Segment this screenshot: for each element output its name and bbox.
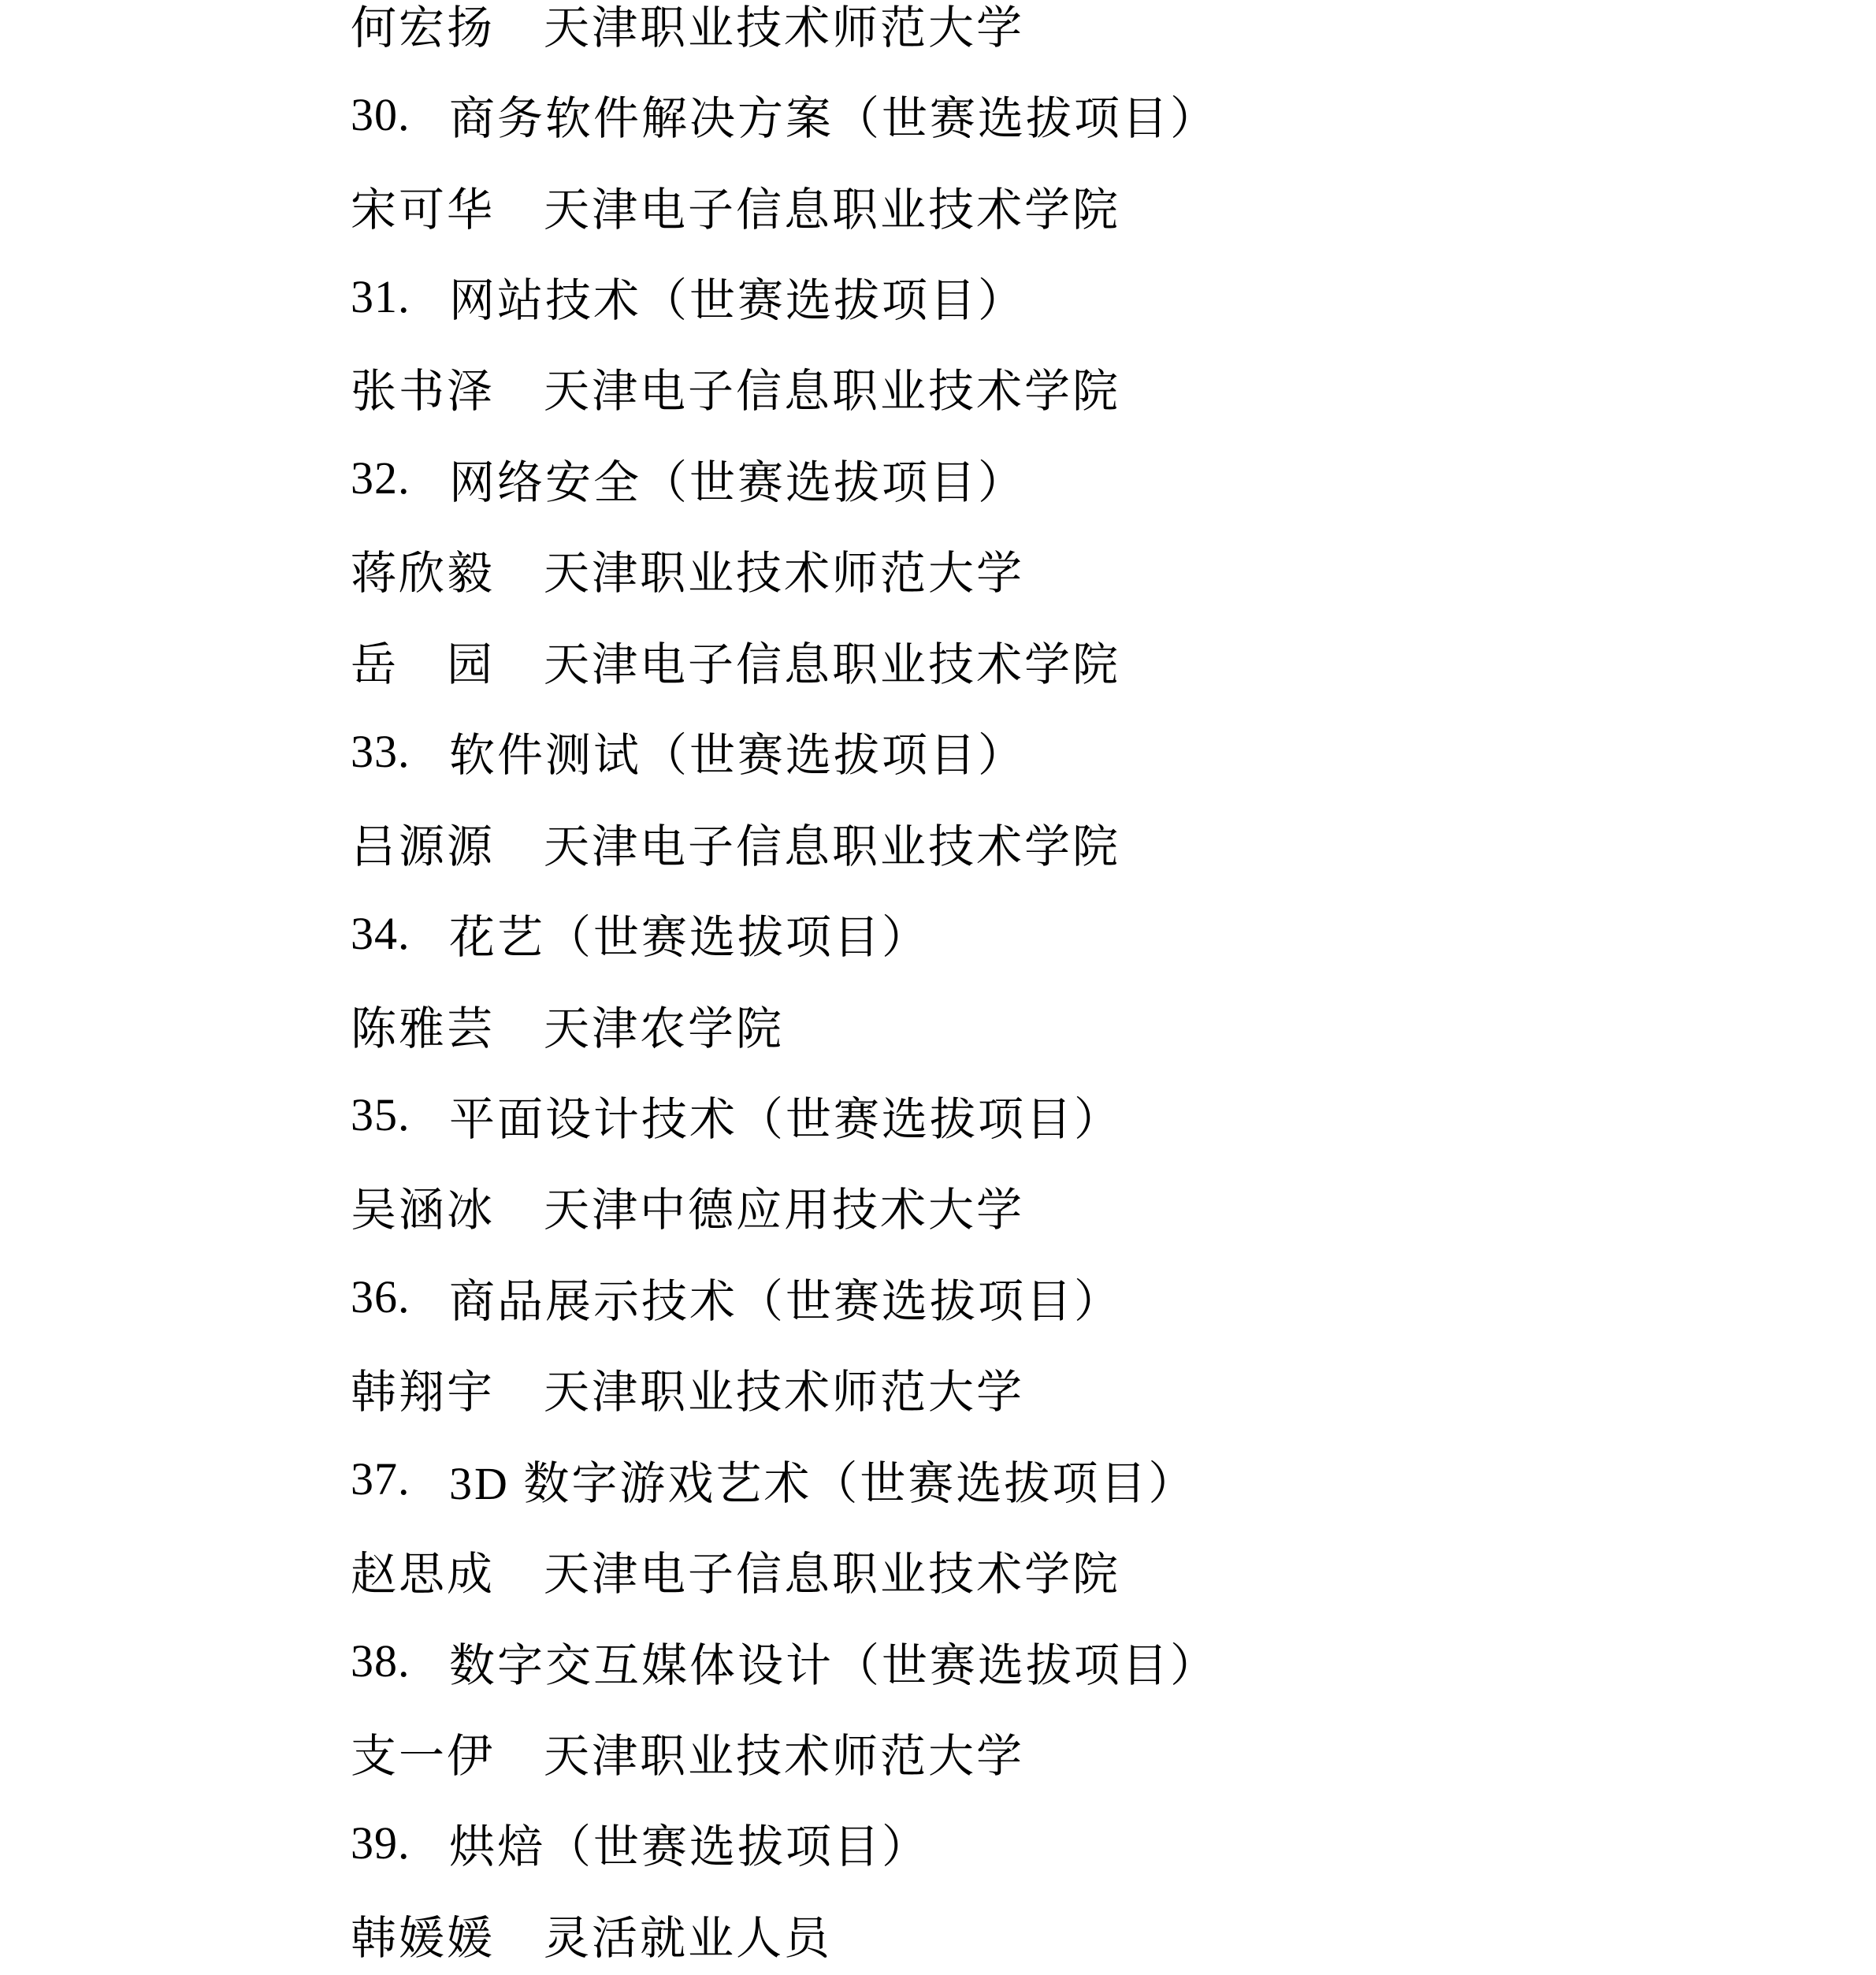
event-item-line: 33.软件测试（世赛选拔项目） — [351, 706, 1848, 797]
winner-line: 陈雅芸天津农学院 — [351, 979, 1848, 1069]
winner-name: 支一伊 — [351, 1719, 495, 1785]
winner-name: 韩媛媛 — [351, 1901, 495, 1967]
winner-name: 陈雅芸 — [351, 991, 495, 1058]
event-number: 39. — [351, 1817, 449, 1869]
event-item-line: 36.商品展示技术（世赛选拔项目） — [351, 1252, 1848, 1342]
winner-line: 蒋欣毅天津职业技术师范大学 — [351, 524, 1848, 615]
winner-line: 岳 园天津电子信息职业技术学院 — [351, 615, 1848, 705]
event-number: 35. — [351, 1088, 449, 1141]
event-number: 34. — [351, 907, 449, 960]
event-item-line: 31.网站技术（世赛选拔项目） — [351, 251, 1848, 341]
winner-institution: 天津农学院 — [544, 991, 784, 1058]
winner-line: 韩媛媛灵活就业人员 — [351, 1888, 1848, 1975]
document-page: 何宏扬天津职业技术师范大学30.商务软件解决方案（世赛选拔项目）宋可华天津电子信… — [351, 0, 1848, 1975]
event-title: 3D 数字游戏艺术（世赛选拔项目） — [449, 1446, 1196, 1512]
winner-institution: 天津职业技术师范大学 — [544, 1719, 1024, 1785]
event-number: 38. — [351, 1635, 449, 1687]
winner-institution: 天津职业技术师范大学 — [544, 1355, 1024, 1421]
winner-institution: 天津电子信息职业技术学院 — [544, 809, 1120, 876]
winner-name: 岳 园 — [351, 627, 495, 694]
event-title: 烘焙（世赛选拔项目） — [449, 1809, 930, 1876]
winner-line: 吕源源天津电子信息职业技术学院 — [351, 797, 1848, 887]
event-item-line: 38.数字交互媒体设计（世赛选拔项目） — [351, 1616, 1848, 1706]
event-item-line: 32.网络安全（世赛选拔项目） — [351, 433, 1848, 523]
event-number: 30. — [351, 88, 449, 141]
winner-name: 宋可华 — [351, 173, 495, 239]
winner-name: 吴涵冰 — [351, 1173, 495, 1239]
event-item-line: 39.烘焙（世赛选拔项目） — [351, 1798, 1848, 1888]
winner-line: 何宏扬天津职业技术师范大学 — [351, 0, 1848, 69]
event-number: 32. — [351, 452, 449, 504]
winner-line: 韩翔宇天津职业技术师范大学 — [351, 1343, 1848, 1434]
event-item-line: 34.花艺（世赛选拔项目） — [351, 887, 1848, 978]
winner-institution: 灵活就业人员 — [544, 1901, 832, 1967]
event-title: 商品展示技术（世赛选拔项目） — [449, 1264, 1122, 1330]
winner-name: 韩翔宇 — [351, 1355, 495, 1421]
event-title: 网站技术（世赛选拔项目） — [449, 263, 1026, 329]
winner-institution: 天津职业技术师范大学 — [544, 536, 1024, 602]
winner-name: 何宏扬 — [351, 0, 495, 57]
winner-institution: 天津职业技术师范大学 — [544, 0, 1024, 57]
event-item-line: 35.平面设计技术（世赛选拔项目） — [351, 1069, 1848, 1160]
winner-institution: 天津电子信息职业技术学院 — [544, 173, 1120, 239]
event-number: 31. — [351, 270, 449, 323]
event-item-line: 30.商务软件解决方案（世赛选拔项目） — [351, 69, 1848, 159]
event-number: 37. — [351, 1452, 449, 1505]
event-title: 平面设计技术（世赛选拔项目） — [449, 1082, 1122, 1148]
winner-name: 吕源源 — [351, 809, 495, 876]
event-title: 商务软件解决方案（世赛选拔项目） — [449, 81, 1218, 147]
event-title: 软件测试（世赛选拔项目） — [449, 718, 1026, 784]
winner-line: 赵思成天津电子信息职业技术学院 — [351, 1524, 1848, 1615]
winner-name: 赵思成 — [351, 1537, 495, 1603]
winner-line: 宋可华天津电子信息职业技术学院 — [351, 160, 1848, 251]
event-number: 36. — [351, 1270, 449, 1323]
winner-line: 支一伊天津职业技术师范大学 — [351, 1706, 1848, 1797]
winner-institution: 天津电子信息职业技术学院 — [544, 354, 1120, 420]
winner-name: 张书泽 — [351, 354, 495, 420]
event-number: 33. — [351, 725, 449, 778]
winner-institution: 天津中德应用技术大学 — [544, 1173, 1024, 1239]
event-title: 数字交互媒体设计（世赛选拔项目） — [449, 1628, 1218, 1694]
winner-line: 吴涵冰天津中德应用技术大学 — [351, 1161, 1848, 1252]
winner-institution: 天津电子信息职业技术学院 — [544, 627, 1120, 694]
winner-line: 张书泽天津电子信息职业技术学院 — [351, 342, 1848, 433]
winner-name: 蒋欣毅 — [351, 536, 495, 602]
event-title: 网络安全（世赛选拔项目） — [449, 445, 1026, 511]
event-title: 花艺（世赛选拔项目） — [449, 900, 930, 966]
winner-institution: 天津电子信息职业技术学院 — [544, 1537, 1120, 1603]
event-item-line: 37.3D 数字游戏艺术（世赛选拔项目） — [351, 1434, 1848, 1524]
